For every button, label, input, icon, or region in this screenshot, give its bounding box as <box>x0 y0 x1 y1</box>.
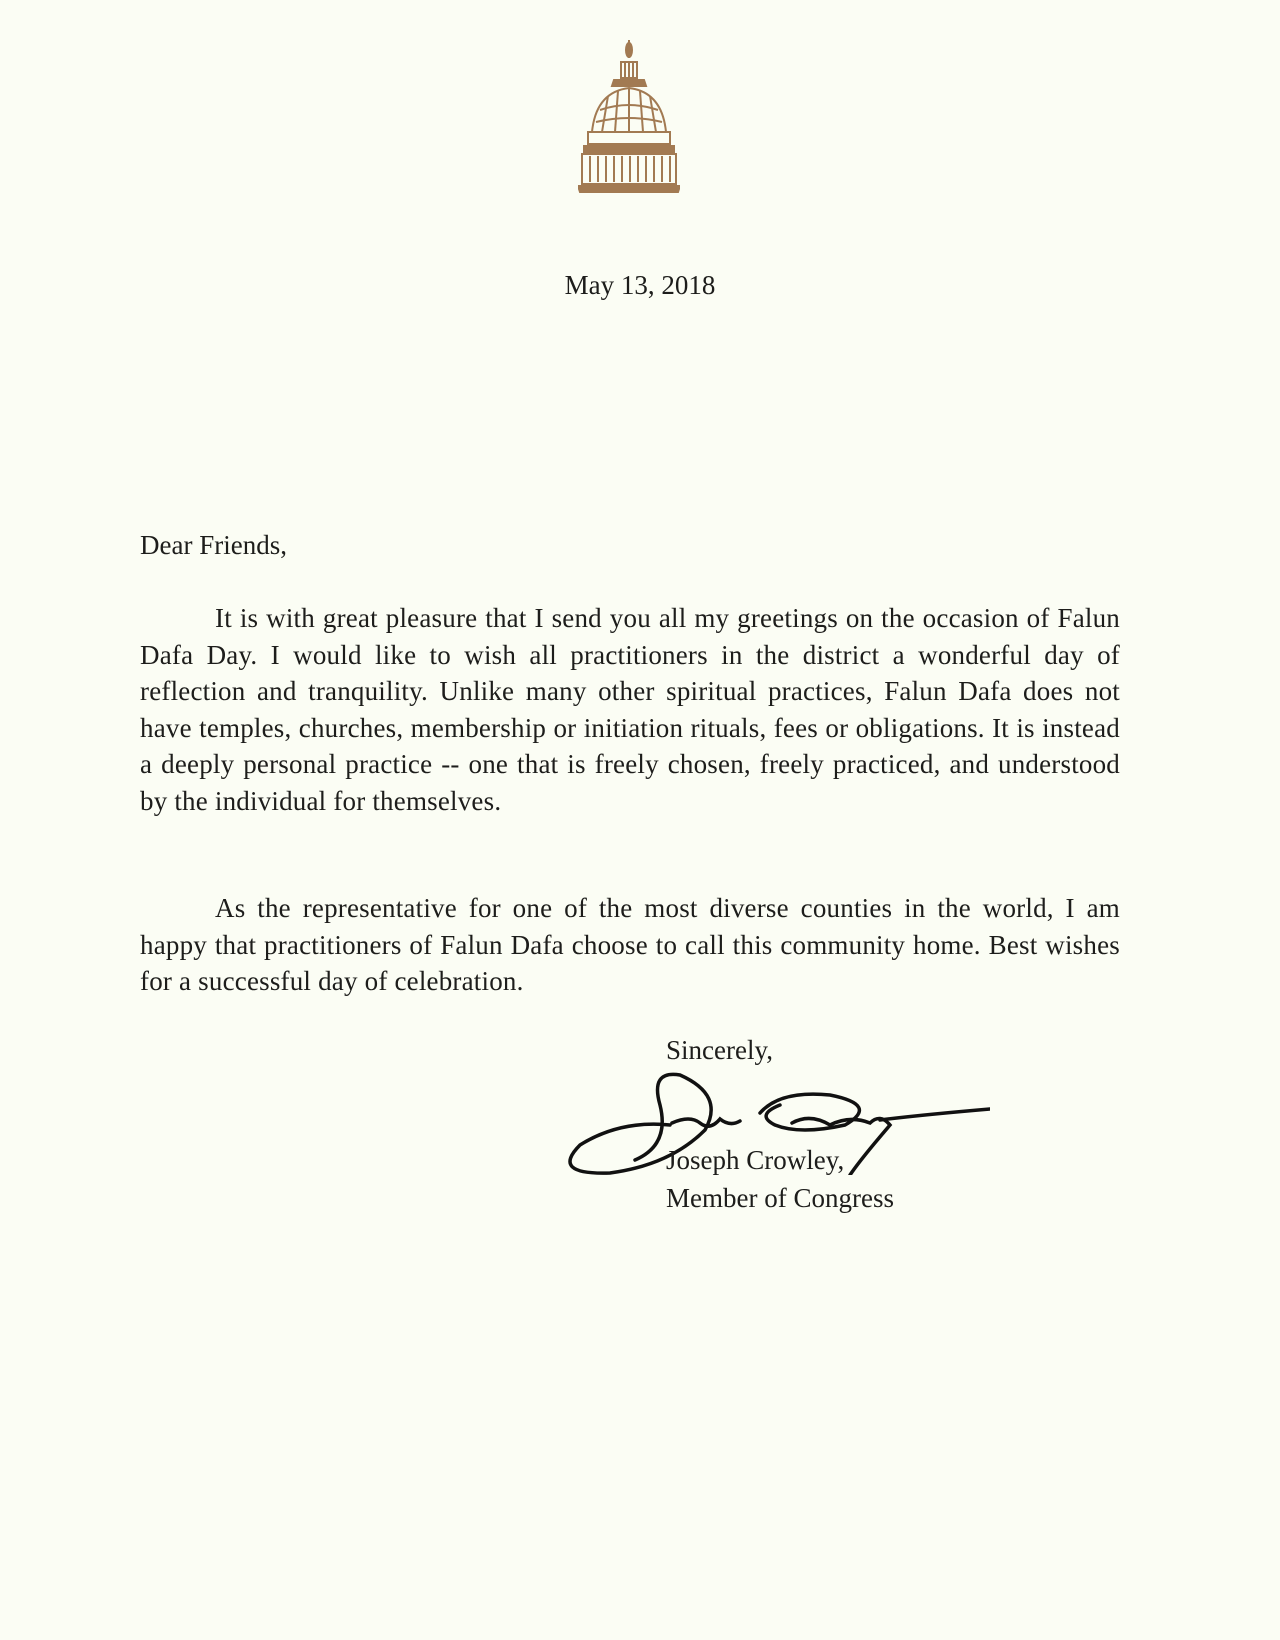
body-paragraph-1: It is with great pleasure that I send yo… <box>140 600 1120 819</box>
valediction: Sincerely, <box>666 1035 773 1066</box>
letter-date: May 13, 2018 <box>0 270 1280 301</box>
signer-title: Member of Congress <box>666 1183 894 1214</box>
capitol-dome-icon <box>578 40 680 200</box>
body-paragraph-2: As the representative for one of the mos… <box>140 890 1120 1000</box>
salutation: Dear Friends, <box>140 530 287 561</box>
signer-name: Joseph Crowley, <box>666 1145 844 1176</box>
